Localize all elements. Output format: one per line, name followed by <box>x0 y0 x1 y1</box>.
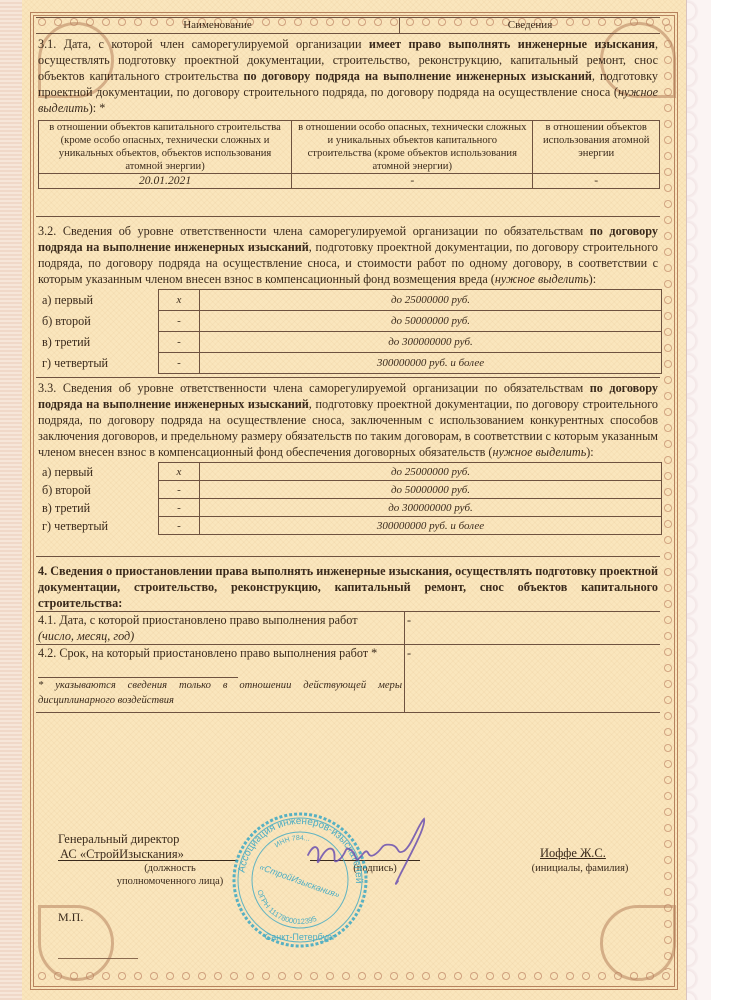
level-mark: x <box>159 463 200 481</box>
section-3-1-text: 3.1. Дата, с которой член саморегулируем… <box>38 36 658 116</box>
level-amount: до 300000000 руб. <box>200 332 662 353</box>
seal-underline <box>58 958 138 959</box>
page-left-edge <box>0 0 22 1000</box>
suspension-date-label: 4.1. Дата, с которой приостановлено прав… <box>36 612 405 645</box>
level-amount: до 50000000 руб. <box>200 481 662 499</box>
suspension-date-hint: (число, месяц, год) <box>38 629 134 643</box>
section-3-2: 3.2. Сведения об уровне ответственности … <box>36 217 660 378</box>
text-run: имеет право выполнять инженерные изыскан… <box>369 37 655 51</box>
liability-level-row: в) третий-до 300000000 руб. <box>38 332 662 353</box>
position-line <box>58 860 238 861</box>
section-3-2-text: 3.2. Сведения об уровне ответственности … <box>38 223 658 287</box>
text-run: ): <box>586 445 593 459</box>
text-run: ): <box>589 272 596 286</box>
text-run: нужное выделить <box>495 272 589 286</box>
section-3-3: 3.3. Сведения об уровне ответственности … <box>36 378 660 557</box>
liability-levels-table: а) первыйxдо 25000000 руб.б) второй-до 5… <box>38 289 662 374</box>
level-amount: до 300000000 руб. <box>200 499 662 517</box>
level-label: а) первый <box>38 463 159 481</box>
level-label: а) первый <box>38 290 159 311</box>
level-mark: - <box>159 311 200 332</box>
suspension-term-label: 4.2. Срок, на который приостановлено пра… <box>36 645 405 713</box>
liability-level-row: в) третий-до 300000000 руб. <box>38 499 662 517</box>
footnote: * указываются сведения только в отношени… <box>38 678 402 712</box>
liability-level-row: г) четвертый-300000000 руб. и более <box>38 353 662 374</box>
column-hazardous-objects: в отношении особо опасных, технически сл… <box>292 121 533 174</box>
contract-liability-levels-table: а) первыйxдо 25000000 руб.б) второй-до 5… <box>38 462 662 535</box>
column-nuclear-objects: в отношении объектов использования атомн… <box>533 121 660 174</box>
level-amount: до 50000000 руб. <box>200 311 662 332</box>
text-run: по договору подряда на выполнение инжене… <box>243 69 591 83</box>
admission-date-table: в отношении объектов капитального строит… <box>38 120 660 189</box>
level-amount: 300000000 руб. и более <box>200 353 662 374</box>
liability-level-row: б) второй-до 50000000 руб. <box>38 481 662 499</box>
position-caption: (должность уполномоченного лица) <box>110 862 230 888</box>
text-run: 3.2. Сведения об уровне ответственности … <box>38 224 590 238</box>
frame-ornament-right <box>662 20 674 970</box>
level-mark: - <box>159 517 200 535</box>
liability-level-row: г) четвертый-300000000 руб. и более <box>38 517 662 535</box>
header-info: Сведения <box>400 18 660 33</box>
text-run: нужное выделить <box>492 445 586 459</box>
liability-level-row: б) второй-до 50000000 руб. <box>38 311 662 332</box>
suspension-date-value: - <box>405 612 661 645</box>
text-run: ): * <box>89 101 106 115</box>
column-regular-objects: в отношении объектов капитального строит… <box>39 121 292 174</box>
handwritten-signature <box>300 815 430 895</box>
section-3-1: 3.1. Дата, с которой член саморегулируем… <box>36 34 660 217</box>
level-amount: до 25000000 руб. <box>200 463 662 481</box>
level-mark: - <box>159 481 200 499</box>
level-mark: - <box>159 332 200 353</box>
level-label: б) второй <box>38 311 159 332</box>
table-header: Наименование Сведения <box>36 17 660 34</box>
frame-ornament-bottom <box>34 970 674 982</box>
document-body: Наименование Сведения 3.1. Дата, с котор… <box>36 17 660 713</box>
level-label: в) третий <box>38 332 159 353</box>
scalloped-edge <box>686 0 711 1000</box>
header-name: Наименование <box>36 18 400 33</box>
level-label: б) второй <box>38 481 159 499</box>
section-3-3-text: 3.3. Сведения об уровне ответственности … <box>38 380 658 460</box>
seal-label: М.П. <box>58 910 83 925</box>
level-amount: 300000000 руб. и более <box>200 517 662 535</box>
value-regular-objects: 20.01.2021 <box>39 174 292 189</box>
value-nuclear-objects: - <box>533 174 660 189</box>
text-run: 3.3. Сведения об уровне ответственности … <box>38 381 590 395</box>
value-hazardous-objects: - <box>292 174 533 189</box>
liability-level-row: а) первыйxдо 25000000 руб. <box>38 290 662 311</box>
text-run: 3.1. Дата, с которой член саморегулируем… <box>38 37 369 51</box>
section-4-title: 4. Сведения о приостановлении права выпо… <box>36 563 660 611</box>
name-caption: (инициалы, фамилия) <box>525 862 635 875</box>
level-amount: до 25000000 руб. <box>200 290 662 311</box>
level-label: г) четвертый <box>38 353 159 374</box>
level-mark: - <box>159 353 200 374</box>
level-label: г) четвертый <box>38 517 159 535</box>
suspension-term-value: - <box>405 645 661 713</box>
liability-level-row: а) первыйxдо 25000000 руб. <box>38 463 662 481</box>
level-label: в) третий <box>38 499 159 517</box>
signatory-name: Иоффе Ж.С. <box>540 846 606 861</box>
stamp-city: Санкт-Петербург <box>265 932 336 942</box>
position-title: Генеральный директор АС «СтройИзыскания» <box>58 832 184 862</box>
suspension-table: 4.1. Дата, с которой приостановлено прав… <box>36 611 660 712</box>
level-mark: - <box>159 499 200 517</box>
level-mark: x <box>159 290 200 311</box>
section-4: 4. Сведения о приостановлении права выпо… <box>36 557 660 713</box>
